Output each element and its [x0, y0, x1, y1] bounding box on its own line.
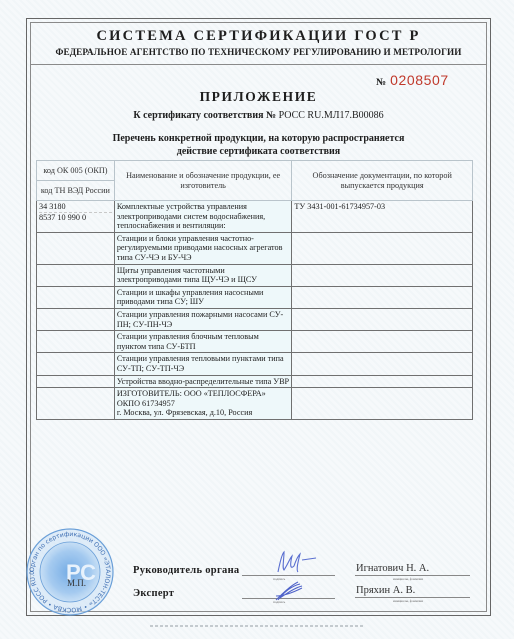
- manufacturer-line: ОКПО 61734957: [117, 399, 290, 409]
- product-name: Станции управления тепловыми пунктами ти…: [114, 353, 292, 375]
- table-row: Устройства вводно-распределительные типа…: [37, 375, 473, 388]
- list-title-line2: действие сертификата соответствия: [30, 146, 487, 159]
- certificate-number: РОСС RU.МЛ17.В00086: [279, 110, 384, 121]
- expert-signature-icon: [272, 578, 312, 604]
- product-name: Станции управления пожарными насосами СУ…: [114, 308, 292, 330]
- document-title: ПРИЛОЖЕНИЕ: [30, 89, 487, 105]
- head-name: Игнатович Н. А.: [356, 563, 429, 574]
- product-documentation: [292, 375, 473, 388]
- product-documentation: [292, 388, 473, 420]
- header-code-okp: код ОК 005 (ОКП): [37, 161, 115, 181]
- okp-code: 34 3180: [39, 202, 112, 212]
- system-title: СИСТЕМА СЕРТИФИКАЦИИ ГОСТ Р: [30, 28, 487, 45]
- certificate-reference: К сертификату соответствия № РОСС RU.МЛ1…: [30, 110, 487, 121]
- product-codes: [37, 232, 115, 264]
- manufacturer-line: г. Москва, ул. Фрязевская, д.10, Россия: [117, 408, 290, 418]
- tnved-code: 8537 10 990 0: [39, 212, 112, 223]
- manufacturer-line: ИЗГОТОВИТЕЛЬ: ООО «ТЕПЛОСФЕРА»: [117, 389, 290, 399]
- table-row: Станции управления блочным тепловым пунк…: [37, 331, 473, 353]
- seal-stamp-icon: Орган по сертификации ООО «ЭТАЛОН-ТЕСТ» …: [26, 528, 114, 616]
- head-name-caption: инициалы, фамилия: [393, 577, 423, 581]
- certificate-page: СИСТЕМА СЕРТИФИКАЦИИ ГОСТ Р ФЕДЕРАЛЬНОЕ …: [0, 0, 514, 639]
- agency-name: ФЕДЕРАЛЬНОЕ АГЕНТСТВО ПО ТЕХНИЧЕСКОМУ РЕ…: [30, 47, 487, 57]
- form-number-value: 0208507: [390, 72, 449, 88]
- product-codes: [37, 308, 115, 330]
- table-row: 34 31808537 10 990 0Комплектные устройст…: [37, 201, 473, 233]
- form-number: №0208507: [376, 72, 449, 90]
- head-signature-icon: [270, 548, 330, 578]
- list-title-line1: Перечень конкретной продукции, на котору…: [30, 133, 487, 146]
- product-codes: 34 31808537 10 990 0: [37, 201, 115, 233]
- expert-name-line: [355, 597, 470, 598]
- printer-footer: [150, 625, 365, 627]
- table-row: Станции и шкафы управления насосными при…: [37, 286, 473, 308]
- expert-label: Эксперт: [133, 588, 174, 599]
- table-row: ИЗГОТОВИТЕЛЬ: ООО «ТЕПЛОСФЕРА»ОКПО 61734…: [37, 388, 473, 420]
- product-codes: [37, 353, 115, 375]
- product-documentation: [292, 308, 473, 330]
- header-code-tnved: код ТН ВЭД России: [37, 181, 115, 201]
- product-name: Станции и блоки управления частотно-регу…: [114, 232, 292, 264]
- product-documentation: [292, 331, 473, 353]
- products-table: код ОК 005 (ОКП) Наименование и обозначе…: [36, 160, 473, 420]
- certificate-prefix: К сертификату соответствия №: [133, 110, 276, 121]
- header-documentation: Обозначение документации, по которой вып…: [292, 161, 473, 201]
- product-documentation: [292, 286, 473, 308]
- table-row: Станции управления тепловыми пунктами ти…: [37, 353, 473, 375]
- product-codes: [37, 375, 115, 388]
- product-name: Щиты управления частотными электропривод…: [114, 264, 292, 286]
- product-codes: [37, 388, 115, 420]
- product-name: Устройства вводно-распределительные типа…: [114, 375, 292, 388]
- product-codes: [37, 286, 115, 308]
- stamp-label: М.П.: [67, 578, 86, 588]
- product-name: Комплектные устройства управления электр…: [114, 201, 292, 233]
- product-name: ИЗГОТОВИТЕЛЬ: ООО «ТЕПЛОСФЕРА»ОКПО 61734…: [114, 388, 292, 420]
- head-label: Руководитель органа: [133, 565, 239, 576]
- product-documentation: [292, 353, 473, 375]
- table-row: Станции и блоки управления частотно-регу…: [37, 232, 473, 264]
- expert-name-caption: инициалы, фамилия: [393, 599, 423, 603]
- list-title: Перечень конкретной продукции, на котору…: [30, 133, 487, 158]
- number-sign: №: [376, 77, 386, 88]
- header-divider: [30, 64, 487, 65]
- product-codes: [37, 264, 115, 286]
- product-documentation: ТУ 3431-001-61734957-03: [292, 201, 473, 233]
- header-product-name: Наименование и обозначение продукции, ее…: [114, 161, 292, 201]
- table-row: Щиты управления частотными электропривод…: [37, 264, 473, 286]
- expert-name: Пряхин А. В.: [356, 585, 415, 596]
- product-name: Станции управления блочным тепловым пунк…: [114, 331, 292, 353]
- table-row: Станции управления пожарными насосами СУ…: [37, 308, 473, 330]
- product-documentation: [292, 264, 473, 286]
- product-codes: [37, 331, 115, 353]
- product-documentation: [292, 232, 473, 264]
- head-name-line: [355, 575, 470, 576]
- product-name: Станции и шкафы управления насосными при…: [114, 286, 292, 308]
